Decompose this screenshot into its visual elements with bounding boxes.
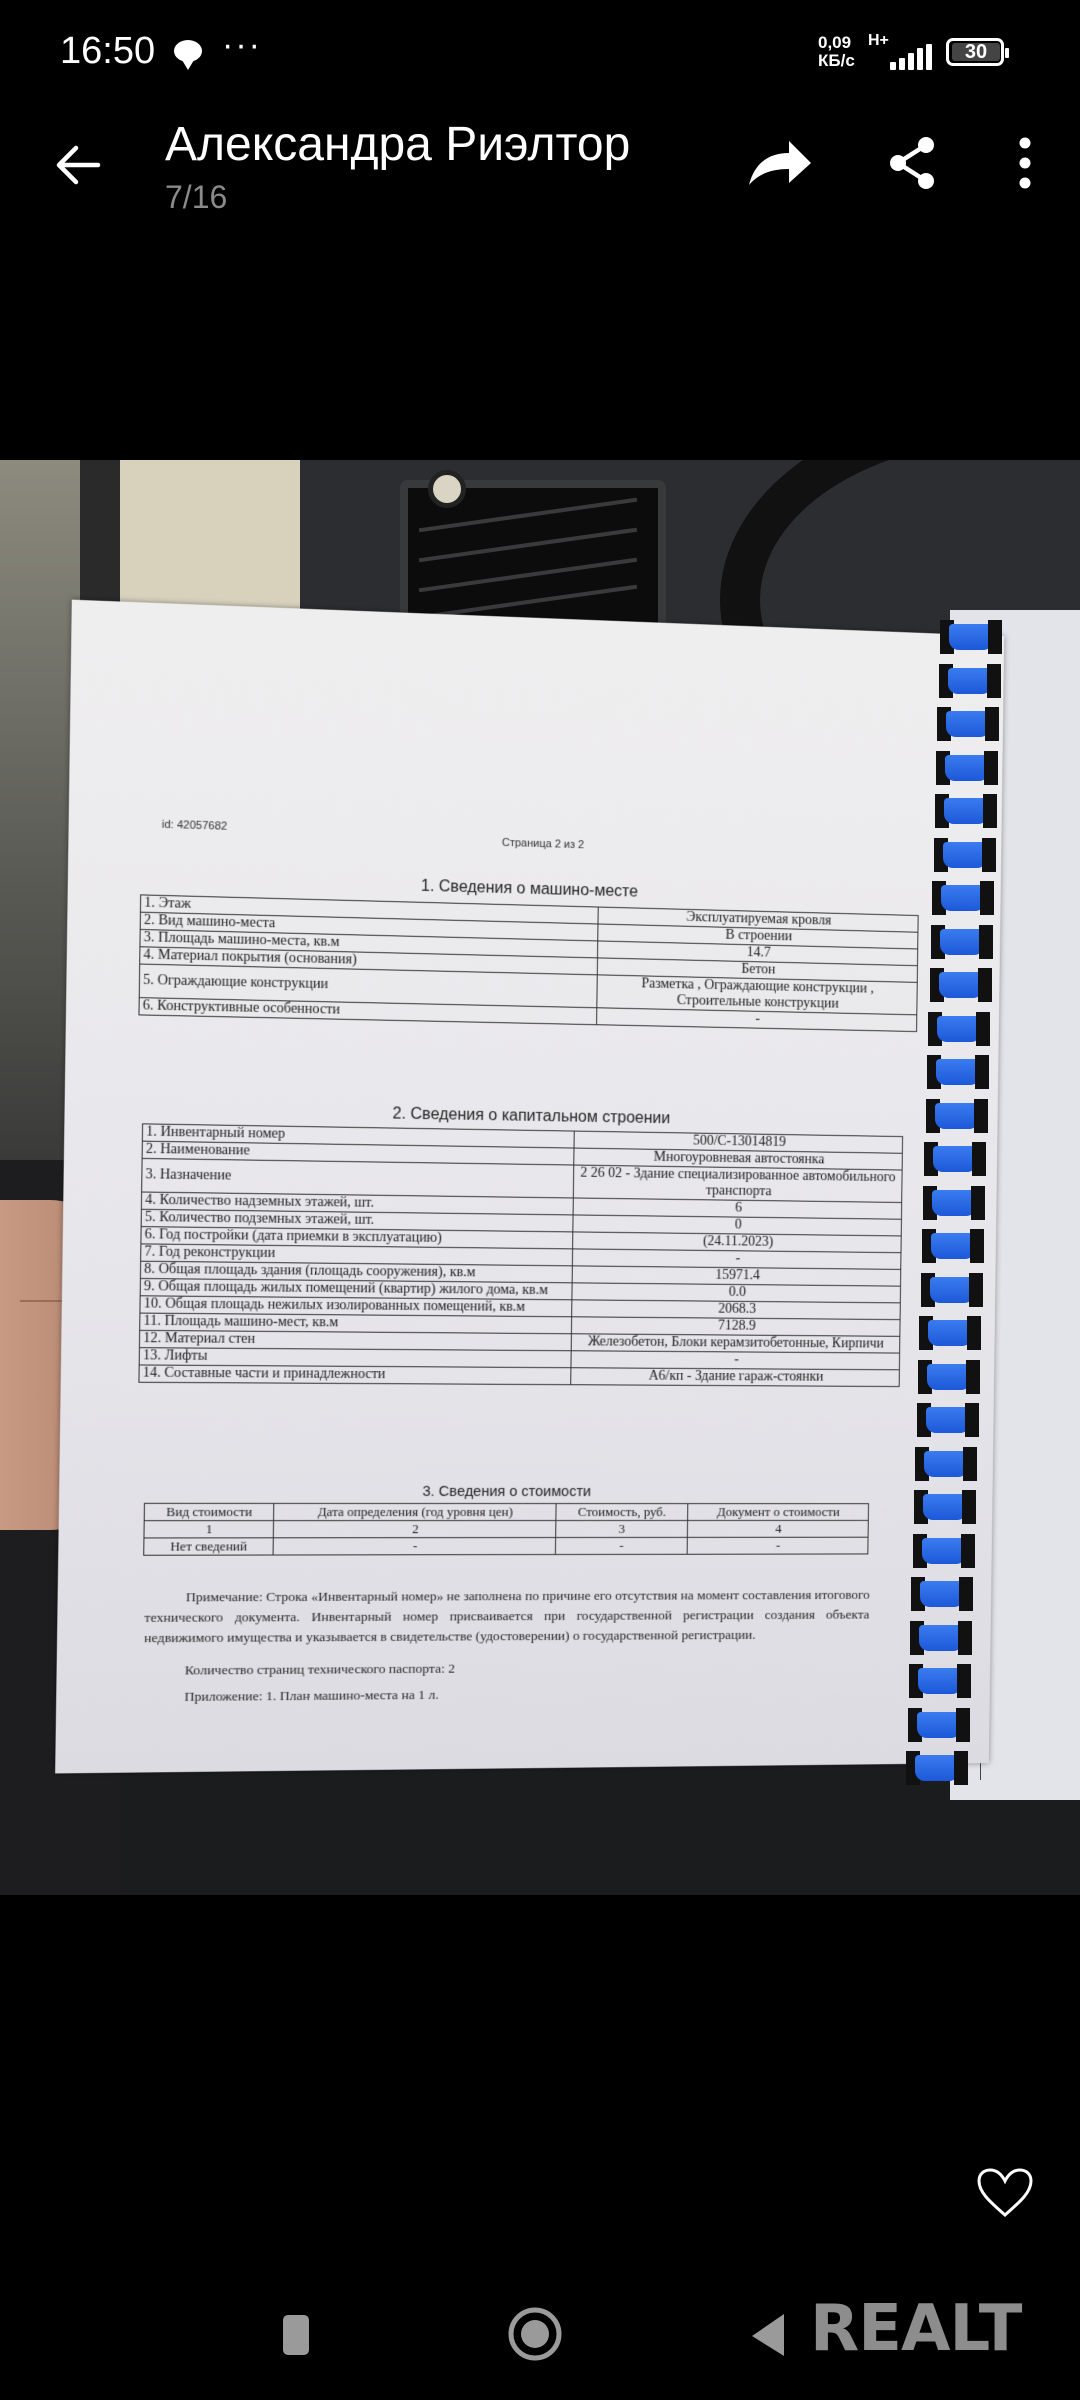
building-table: 1. Инвентарный номер500/С-130148192. Наи… — [138, 1123, 903, 1387]
share-button[interactable] — [882, 133, 942, 193]
forward-arrow-icon — [745, 133, 817, 193]
forward-button[interactable] — [745, 133, 817, 193]
table-cell: 1 — [144, 1521, 274, 1538]
table-cell: 2 — [274, 1521, 556, 1538]
back-button[interactable] — [48, 135, 108, 195]
section3-title: 3. Сведения о стоимости — [422, 1484, 591, 1500]
listing-photo[interactable]: id: 42057682 Страница 2 из 2 1. Сведения… — [0, 460, 1080, 1895]
document-page: id: 42057682 Страница 2 из 2 1. Сведения… — [55, 600, 1004, 1774]
realt-watermark: REALT — [810, 2292, 1021, 2366]
dashboard-knob — [428, 470, 466, 508]
image-counter: 7/16 — [165, 179, 227, 216]
network-speed-unit: КБ/с — [818, 52, 855, 70]
table-row: 14. Составные части и принадлежностиА6/к… — [139, 1365, 899, 1387]
car-panel — [120, 460, 320, 620]
status-bar: 16:50 ··· 0,09 КБ/с H+ 30 — [0, 0, 1080, 105]
battery-icon: 30 — [946, 38, 1004, 66]
document-page-number: Страница 2 из 2 — [502, 837, 584, 851]
column-header: Документ о стоимости — [688, 1504, 869, 1521]
parking-space-table: 1. ЭтажЭксплуатируемая кровля2. Вид маши… — [138, 894, 918, 1032]
table-row: 1234 — [144, 1520, 868, 1538]
viewer-header: Александра Риэлтор 7/16 — [0, 105, 1080, 225]
spiral-binding — [910, 620, 990, 1790]
row-value: 2 26 02 - Здание специализированное авто… — [573, 1165, 902, 1202]
table-cell: - — [273, 1538, 555, 1555]
table-cell: - — [687, 1537, 868, 1554]
heart-outline-icon — [975, 2167, 1035, 2219]
more-vertical-icon — [1000, 133, 1050, 193]
document-note: Примечание: Строка «Инвентарный номер» н… — [143, 1585, 870, 1707]
page-title: Александра Риэлтор — [165, 117, 630, 172]
system-nav-bar: REALT — [0, 2280, 1080, 2380]
table-cell: 3 — [555, 1520, 688, 1537]
document-id: id: 42057682 — [162, 819, 228, 833]
more-notifications-icon: ··· — [222, 26, 262, 65]
note-text: Примечание: Строка «Инвентарный номер» н… — [144, 1585, 870, 1648]
network-speed-value: 0,09 — [818, 34, 855, 52]
row-value: - — [571, 1351, 900, 1370]
row-label: 13. Лифты — [139, 1348, 571, 1368]
table-row: Нет сведений--- — [144, 1537, 868, 1555]
signal-icon — [876, 44, 932, 70]
share-icon — [882, 133, 942, 193]
table-cell: 4 — [688, 1520, 869, 1537]
appendix: Приложение: 1. План машино-места на 1 л. — [143, 1682, 868, 1708]
table-cell: - — [555, 1537, 688, 1554]
arrow-left-icon — [48, 135, 108, 195]
system-back-button[interactable] — [748, 2310, 788, 2360]
section2-title: 2. Сведения о капитальном строении — [392, 1105, 670, 1128]
more-options-button[interactable] — [1000, 133, 1050, 193]
row-value: Железобетон, Блоки керамзитобетонные, Ки… — [571, 1334, 900, 1353]
column-header: Вид стоимости — [144, 1503, 274, 1520]
cost-table: Вид стоимостиДата определения (год уровн… — [143, 1503, 869, 1556]
table-cell: Нет сведений — [144, 1538, 274, 1555]
home-circle-icon — [507, 2306, 563, 2362]
table-header-row: Вид стоимостиДата определения (год уровн… — [144, 1503, 868, 1520]
chat-bubble-icon — [174, 40, 202, 62]
column-header: Дата определения (год уровня цен) — [274, 1503, 556, 1520]
favorite-button[interactable] — [975, 2167, 1035, 2219]
row-label: 14. Составные части и принадлежности — [139, 1365, 571, 1385]
row-value: А6/кп - Здание гараж-стоянки — [571, 1368, 900, 1387]
home-button[interactable] — [507, 2306, 563, 2362]
section1-title: 1. Сведения о машино-месте — [421, 878, 638, 902]
battery-level: 30 — [952, 43, 1000, 61]
pages-count: Количество страниц технического паспорта… — [143, 1656, 868, 1681]
column-header: Стоимость, руб. — [556, 1504, 689, 1521]
triangle-back-icon — [748, 2310, 788, 2360]
network-speed: 0,09 КБ/с — [818, 34, 855, 70]
recent-apps-button[interactable] — [283, 2315, 309, 2355]
status-time: 16:50 — [60, 30, 155, 73]
